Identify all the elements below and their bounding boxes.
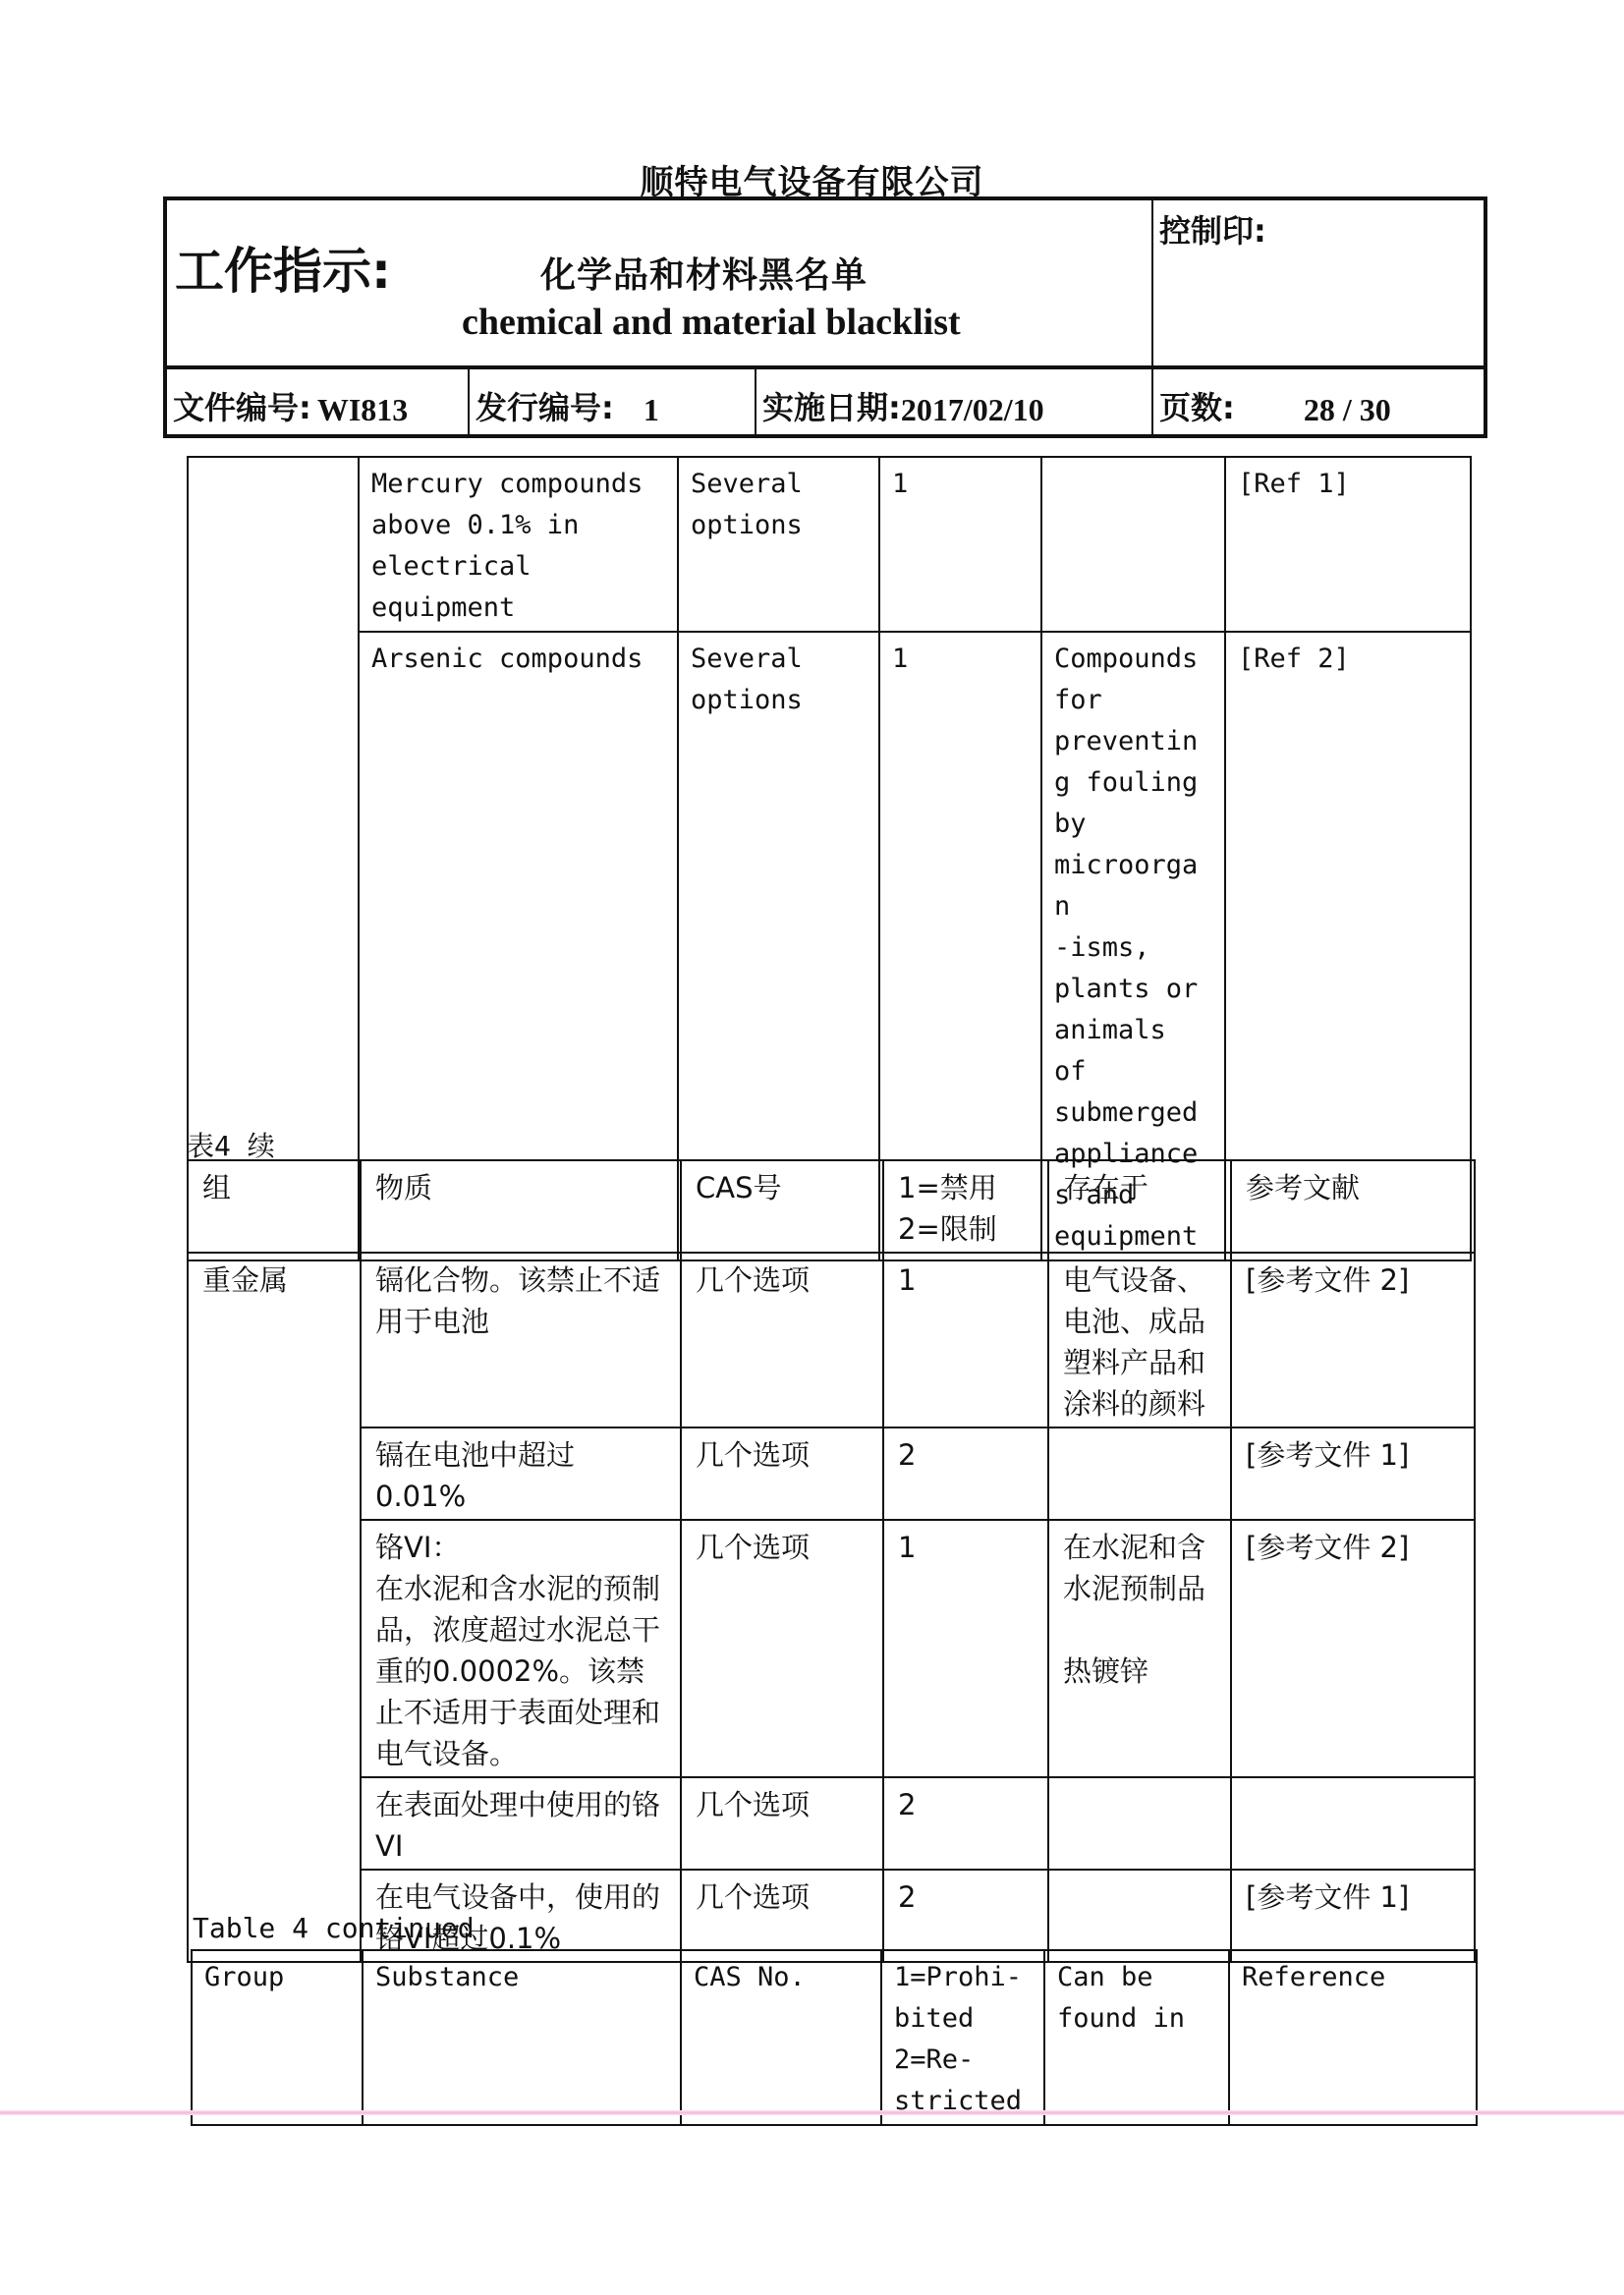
substance-cell: Mercury compounds above 0.1% in electric… [359,457,678,632]
page-label: 页数: [1159,383,1235,428]
header-substance: 物质 [361,1160,681,1253]
table-caption-en: Table 4 continued [193,1912,475,1944]
reference-cell: [Ref 1] [1225,457,1471,632]
header-cas: CAS号 [681,1160,883,1253]
document-meta-row: 文件编号: WI813 发行编号: 1 实施日期: 2017/02/10 页数:… [167,365,1484,434]
header-reference: Reference [1229,1950,1477,2125]
work-instruction-label: 工作指示: [175,232,391,303]
substance-cell: 镉化合物。该禁止不适用于电池 [361,1253,681,1427]
status-cell: 2 [883,1427,1048,1520]
header-group: Group [192,1950,363,2125]
doc-number-value: WI813 [317,392,408,428]
document-header-form: 工作指示: 化学品和材料黑名单 chemical and material bl… [163,196,1487,438]
issue-number-label: 发行编号: [476,383,614,428]
effective-date-cell: 实施日期: 2017/02/10 [756,369,1153,434]
cas-cell: 几个选项 [681,1520,883,1777]
reference-cell: [参考文件 2] [1231,1253,1475,1427]
substance-cell: 镉在电池中超过 0.01% [361,1427,681,1520]
status-cell: 1 [879,457,1041,632]
table-caption-cn: 表4 续 [187,1125,275,1164]
cas-cell: 几个选项 [681,1253,883,1427]
found-in-cell [1041,457,1225,632]
cas-cell: 几个选项 [681,1777,883,1870]
issue-number-cell: 发行编号: 1 [470,369,756,434]
doc-number-label: 文件编号: [173,383,311,428]
cas-cell: 几个选项 [681,1427,883,1520]
status-cell: 1 [883,1253,1048,1427]
found-in-cell [1048,1427,1231,1520]
table-cn: 组 物质 CAS号 1=禁用 2=限制 存在于 参考文献 重金属 镉化合物。该禁… [187,1159,1476,1963]
found-in-cell: 电气设备、电池、成品塑料产品和涂料的颜料 [1048,1253,1231,1427]
document-title-en: chemical and material blacklist [462,301,961,344]
header-reference: 参考文献 [1231,1160,1475,1253]
table-en-continuation: Mercury compounds above 0.1% in electric… [187,456,1472,1261]
table-row: 镉在电池中超过 0.01% 几个选项 2 [参考文件 1] [188,1427,1475,1520]
header-cas: CAS No. [681,1950,881,2125]
control-stamp-label: 控制印: [1159,206,1266,252]
found-in-cell [1048,1777,1231,1870]
substance-cell: 在表面处理中使用的铬VI [361,1777,681,1870]
title-cell: 工作指示: 化学品和材料黑名单 chemical and material bl… [167,200,1153,365]
header-group: 组 [188,1160,361,1253]
header-found-in: Can be found in [1044,1950,1229,2125]
effective-date-value: 2017/02/10 [901,392,1044,428]
header-substance: Substance [363,1950,681,2125]
header-status: 1=禁用 2=限制 [883,1160,1048,1253]
effective-date-label: 实施日期: [762,383,901,428]
group-cell: 重金属 [188,1253,361,1962]
table-row: Mercury compounds above 0.1% in electric… [188,457,1471,632]
table-header-row: 组 物质 CAS号 1=禁用 2=限制 存在于 参考文献 [188,1160,1475,1253]
reference-cell [1231,1777,1475,1870]
document-title-cn: 化学品和材料黑名单 [540,248,868,298]
header-found-in: 存在于 [1048,1160,1231,1253]
page-cell: 页数: 28 / 30 [1153,369,1484,434]
status-cell: 2 [883,1870,1048,1962]
header-status: 1=Prohi- bited 2=Re- stricted [881,1950,1044,2125]
page-value: 28 / 30 [1304,392,1391,428]
table-row: 在表面处理中使用的铬VI 几个选项 2 [188,1777,1475,1870]
reference-cell: [参考文件 1] [1231,1870,1475,1962]
doc-number-cell: 文件编号: WI813 [167,369,470,434]
table-header-row: Group Substance CAS No. 1=Prohi- bited 2… [192,1950,1477,2125]
status-cell: 2 [883,1777,1048,1870]
reference-cell: [参考文件 2] [1231,1520,1475,1777]
reference-cell: [参考文件 1] [1231,1427,1475,1520]
substance-cell: 铬VI： 在水泥和含水泥的预制品，浓度超过水泥总干重的0.0002%。该禁止不适… [361,1520,681,1777]
status-cell: 1 [883,1520,1048,1777]
issue-number-value: 1 [644,392,659,428]
cas-cell: Several options [678,457,879,632]
found-in-cell: 在水泥和含水泥预制品 热镀锌 [1048,1520,1231,1777]
table-row: 铬VI： 在水泥和含水泥的预制品，浓度超过水泥总干重的0.0002%。该禁止不适… [188,1520,1475,1777]
page-break-rule [0,2110,1624,2115]
table-row: 重金属 镉化合物。该禁止不适用于电池 几个选项 1 电气设备、电池、成品塑料产品… [188,1253,1475,1427]
table-en-header: Group Substance CAS No. 1=Prohi- bited 2… [191,1949,1478,2126]
found-in-cell [1048,1870,1231,1962]
cas-cell: 几个选项 [681,1870,883,1962]
control-stamp-cell: 控制印: [1153,200,1484,365]
